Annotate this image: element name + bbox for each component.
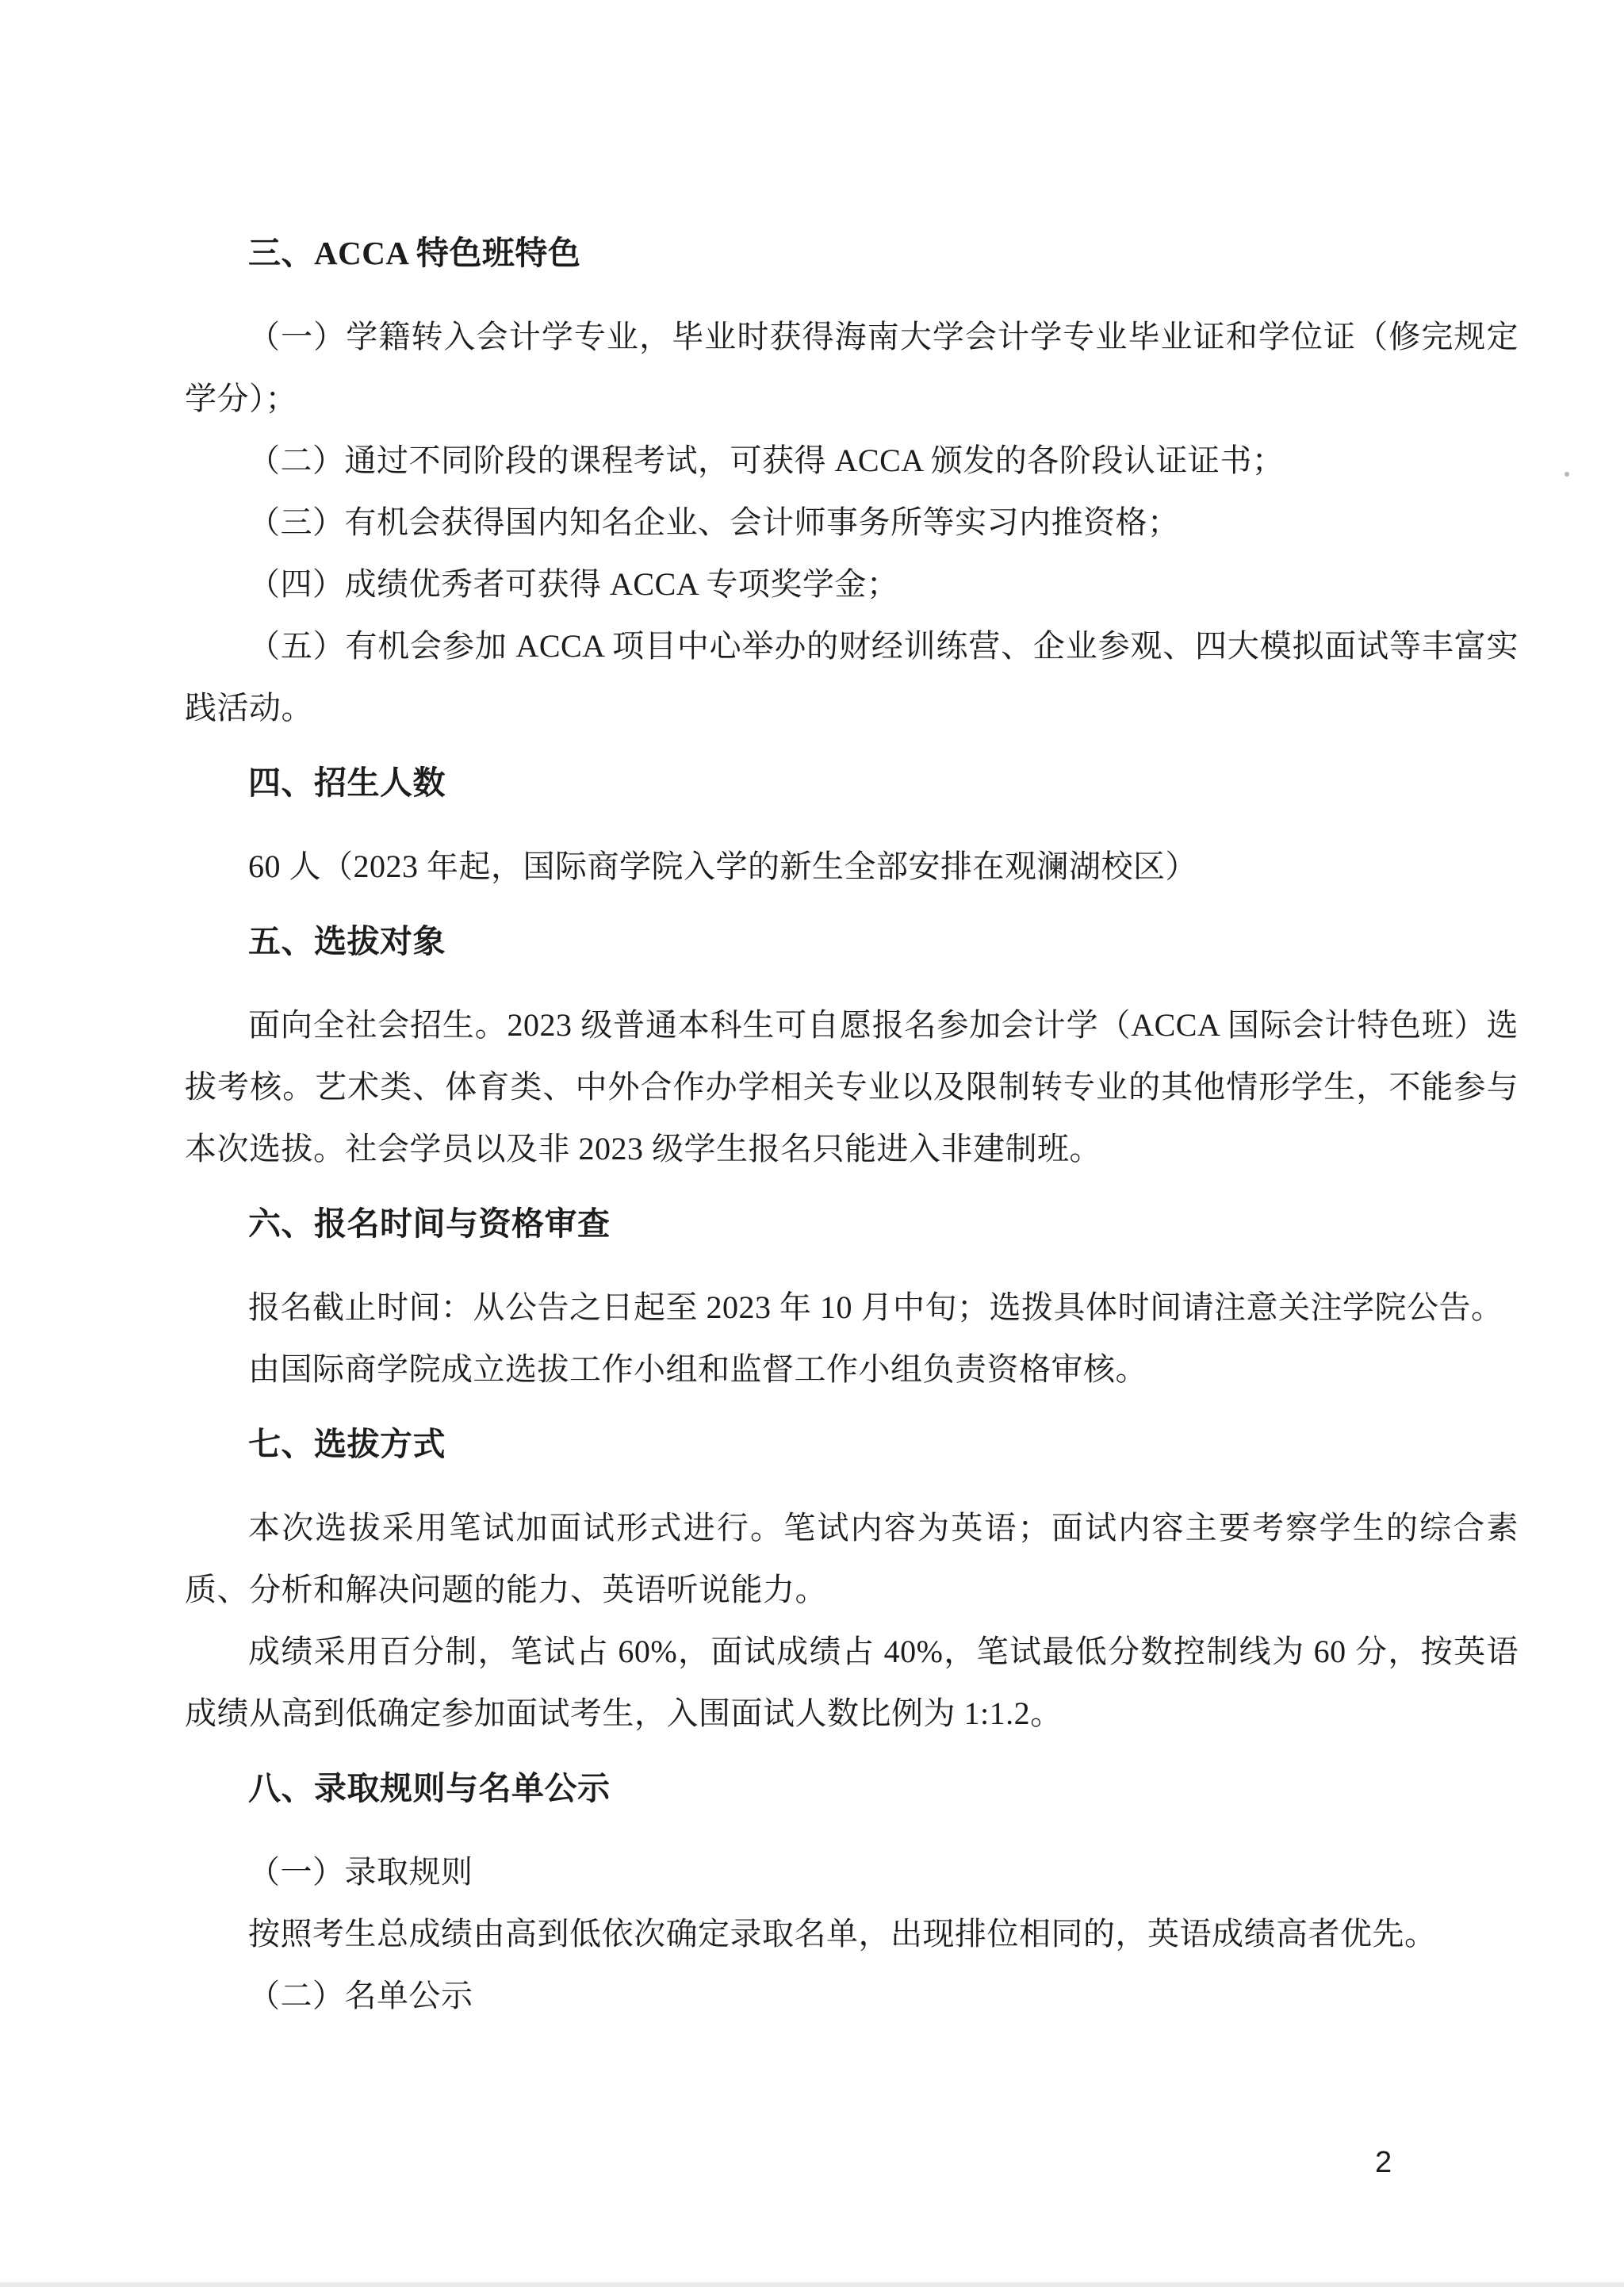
paragraph-admission-rule-title: （一）录取规则 <box>185 1841 1519 1903</box>
section-heading-3-acca-features: 三、ACCA 特色班特色 <box>185 222 1519 284</box>
paragraph-feature-5: （五）有机会参加 ACCA 项目中心举办的财经训练营、企业参观、四大模拟面试等丰… <box>185 615 1519 739</box>
scan-artifact-dot <box>1565 472 1569 477</box>
document-page: 三、ACCA 特色班特色 （一）学籍转入会计学专业，毕业时获得海南大学会计学专业… <box>0 0 1624 2287</box>
paragraph-feature-2: （二）通过不同阶段的课程考试，可获得 ACCA 颁发的各阶段认证证书； <box>185 430 1519 492</box>
paragraph-feature-1: （一）学籍转入会计学专业，毕业时获得海南大学会计学专业毕业证和学位证（修完规定学… <box>185 306 1519 430</box>
paragraph-selection-form: 本次选拔采用笔试加面试形式进行。笔试内容为英语；面试内容主要考察学生的综合素质、… <box>185 1497 1519 1621</box>
paragraph-enrollment-count: 60 人（2023 年起，国际商学院入学的新生全部安排在观澜湖校区） <box>185 836 1519 898</box>
section-heading-7-selection: 七、选拔方式 <box>185 1413 1519 1475</box>
paragraph-review-group: 由国际商学院成立选拔工作小组和监督工作小组负责资格审核。 <box>185 1339 1519 1400</box>
document-body: 三、ACCA 特色班特色 （一）学籍转入会计学专业，毕业时获得海南大学会计学专业… <box>185 222 1519 2027</box>
paragraph-publicity-title: （二）名单公示 <box>185 1965 1519 2027</box>
page-number: 2 <box>1375 2146 1392 2179</box>
section-heading-6-registration: 六、报名时间与资格审查 <box>185 1193 1519 1255</box>
section-heading-5-candidates: 五、选拔对象 <box>185 910 1519 972</box>
page-bottom-edge <box>0 2282 1624 2287</box>
section-heading-4-enrollment: 四、招生人数 <box>185 752 1519 814</box>
paragraph-feature-3: （三）有机会获得国内知名企业、会计师事务所等实习内推资格； <box>185 492 1519 554</box>
paragraph-scoring: 成绩采用百分制，笔试占 60%，面试成绩占 40%，笔试最低分数控制线为 60 … <box>185 1621 1519 1745</box>
paragraph-candidates: 面向全社会招生。2023 级普通本科生可自愿报名参加会计学（ACCA 国际会计特… <box>185 994 1519 1180</box>
paragraph-feature-4: （四）成绩优秀者可获得 ACCA 专项奖学金； <box>185 554 1519 615</box>
paragraph-admission-rule: 按照考生总成绩由高到低依次确定录取名单，出现排位相同的，英语成绩高者优先。 <box>185 1903 1519 1965</box>
section-heading-8-admission: 八、录取规则与名单公示 <box>185 1757 1519 1819</box>
paragraph-registration-deadline: 报名截止时间：从公告之日起至 2023 年 10 月中旬；选拨具体时间请注意关注… <box>185 1277 1519 1339</box>
